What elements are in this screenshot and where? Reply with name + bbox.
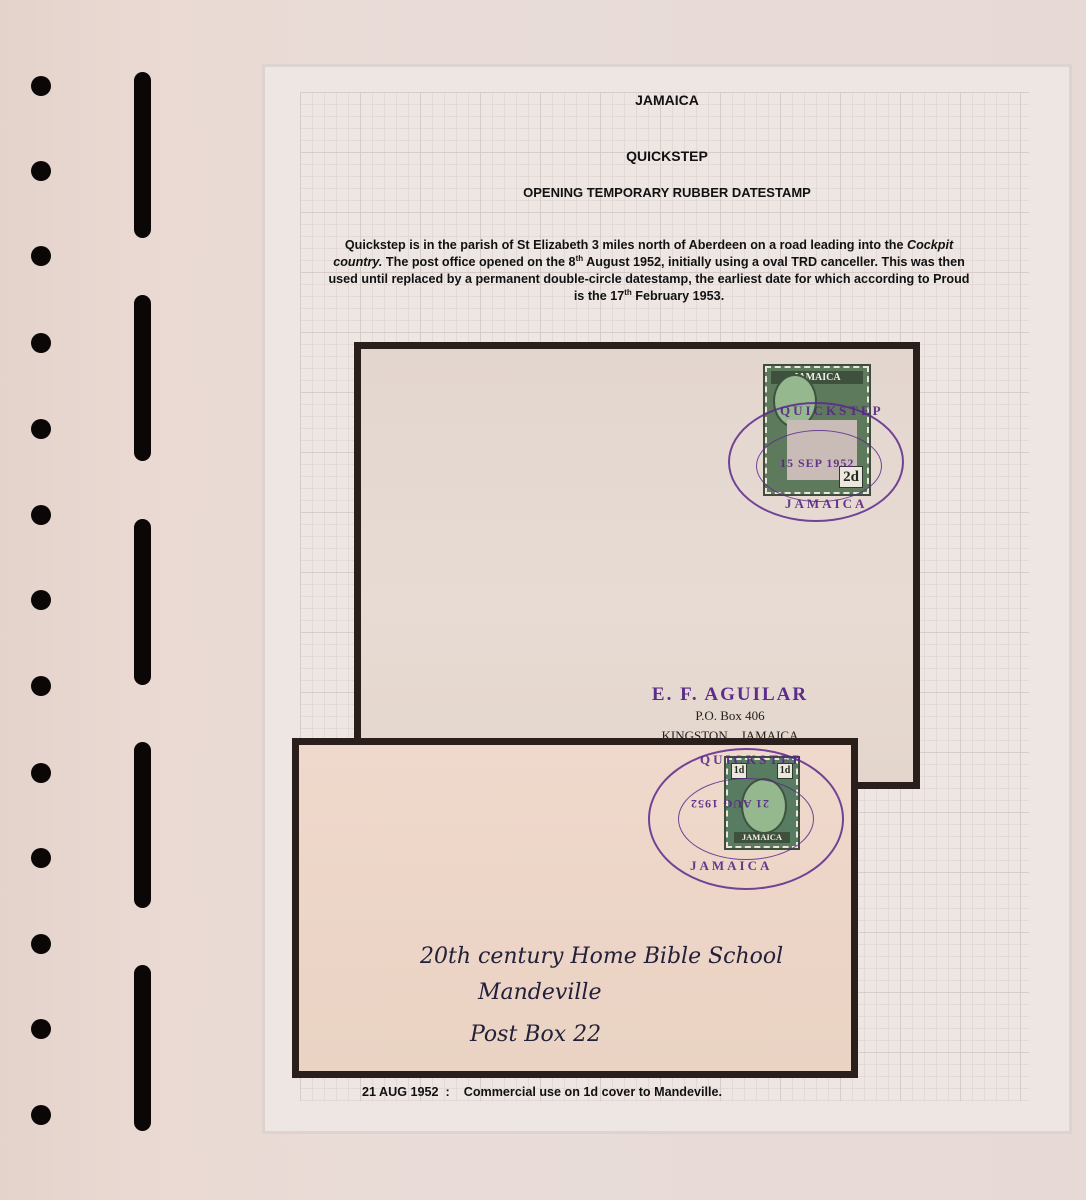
binder-slot: [134, 742, 151, 908]
binder-hole: [31, 505, 51, 525]
postmark-bottom-text: JAMAICA: [785, 496, 867, 512]
postmark-bottom-text: JAMAICA: [690, 858, 772, 874]
binder-slot: [134, 295, 151, 461]
postmark-date: 21 AUG 1952: [690, 796, 769, 811]
description-text: February 1953.: [632, 289, 724, 303]
description-paragraph: Quickstep is in the parish of St Elizabe…: [326, 237, 972, 305]
address-line-3: Post Box 22: [470, 1022, 601, 1047]
postmark-top-text: QUICKSTEP: [780, 403, 884, 419]
binder-hole: [31, 763, 51, 783]
binder-hole: [31, 76, 51, 96]
ordinal-suffix: th: [624, 288, 632, 297]
postmark-top-text: QUICKSTEP: [700, 752, 804, 768]
binder-hole: [31, 590, 51, 610]
binder-slot: [134, 965, 151, 1131]
description-text: Quickstep is in the parish of St Elizabe…: [345, 238, 907, 252]
binder-hole: [31, 848, 51, 868]
binder-hole: [31, 934, 51, 954]
address-line-2: Mandeville: [478, 980, 601, 1005]
binder-hole: [31, 419, 51, 439]
binder-hole: [31, 1105, 51, 1125]
caption-text: Commercial use on 1d cover to Mandeville…: [464, 1085, 722, 1099]
country-heading: JAMAICA: [262, 92, 1072, 108]
binder-hole: [31, 1019, 51, 1039]
postmark-oval-inner: [678, 778, 814, 860]
sender-cachet: E. F. AGUILAR P.O. Box 406 KINGSTON JAMA…: [620, 684, 840, 744]
binder-slot: [134, 72, 151, 238]
binder-hole: [31, 161, 51, 181]
sender-box: P.O. Box 406: [620, 708, 840, 724]
binder-hole: [31, 333, 51, 353]
page-subtitle: OPENING TEMPORARY RUBBER DATESTAMP: [262, 185, 1072, 200]
address-line-1: 20th century Home Bible School: [420, 944, 783, 969]
ordinal-suffix: th: [576, 254, 584, 263]
binder-hole: [31, 246, 51, 266]
description-text: The post office opened on the 8: [382, 255, 575, 269]
caption-date: 21 AUG 1952 :: [362, 1085, 450, 1099]
sender-name: E. F. AGUILAR: [620, 684, 840, 706]
binder-slot: [134, 519, 151, 685]
postmark-date: 15 SEP 1952: [780, 456, 854, 471]
cover-caption: 21 AUG 1952 : Commercial use on 1d cover…: [362, 1085, 722, 1099]
place-heading: QUICKSTEP: [262, 148, 1072, 164]
binder-hole: [31, 676, 51, 696]
